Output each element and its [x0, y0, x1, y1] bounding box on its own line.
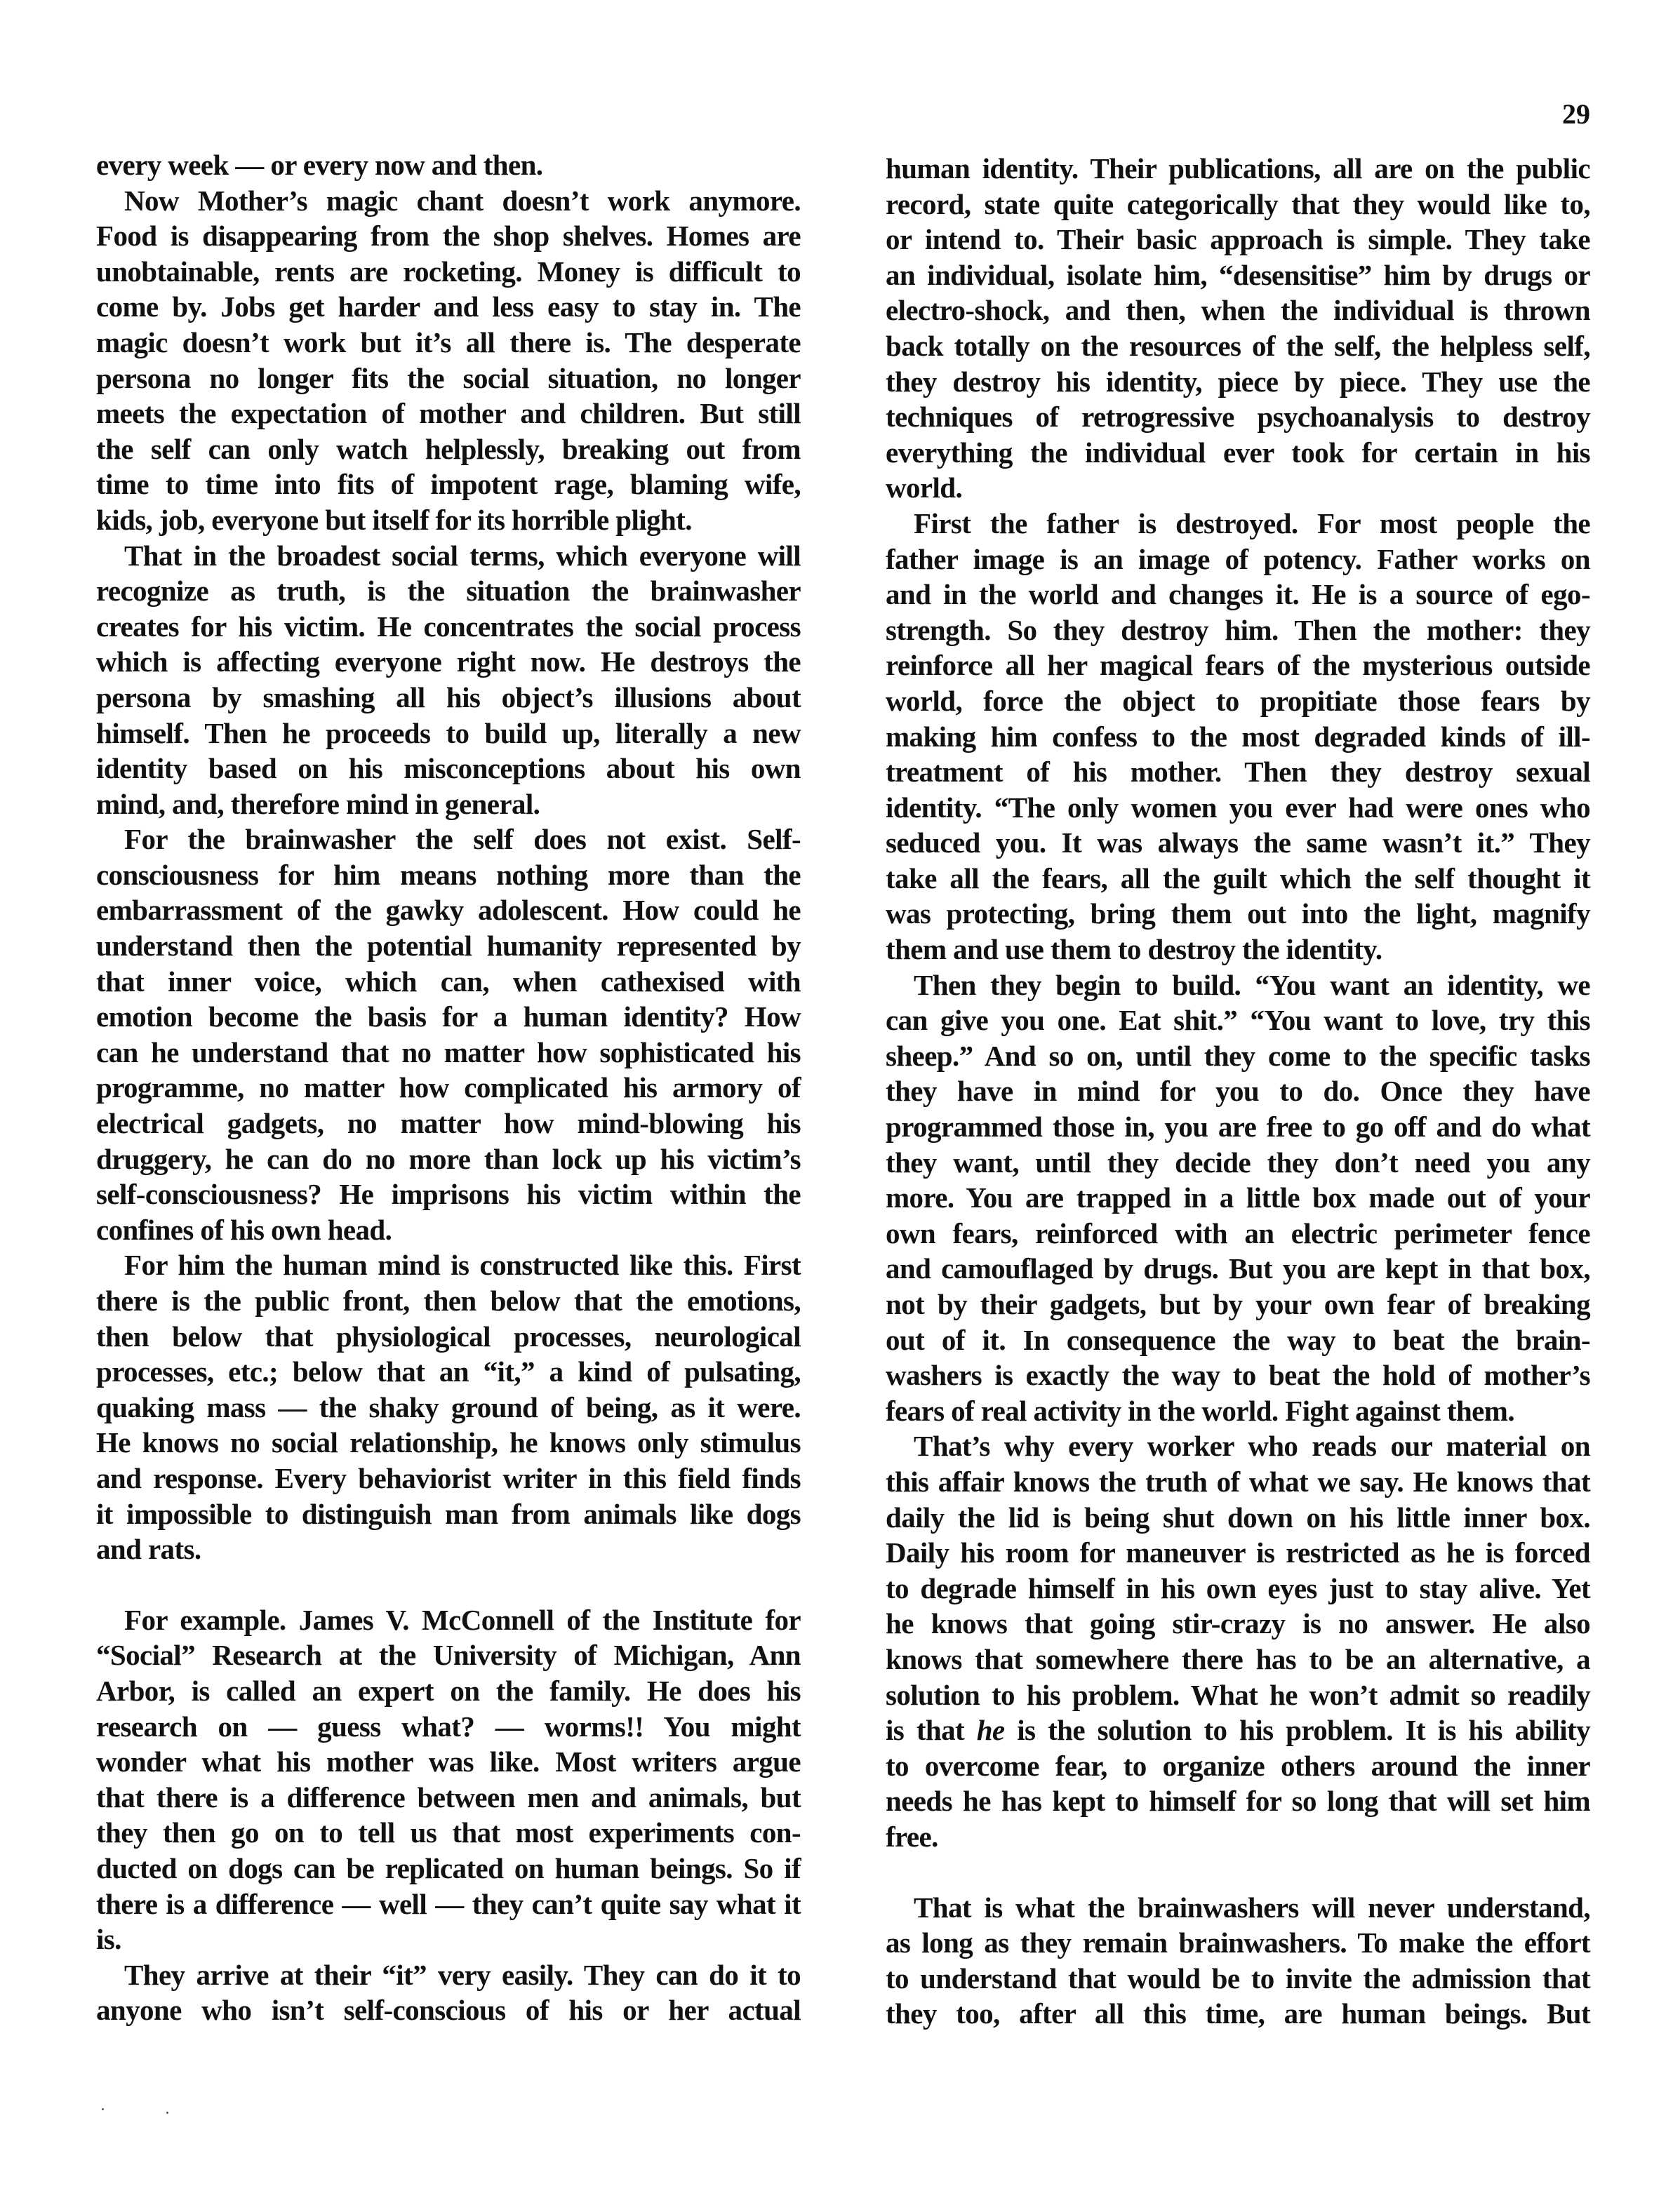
page-number: 29	[1541, 97, 1590, 132]
left-column: every week — or every now and then.Now M…	[96, 147, 801, 2028]
text-line: research on — guess what? — worms!! You …	[96, 1709, 801, 1745]
text-line: electrical gadgets, no matter how mind-b…	[96, 1106, 801, 1141]
text-line: it impossible to distinguish man from an…	[96, 1496, 801, 1532]
scan-speck	[166, 2112, 168, 2114]
text-line: self-consciousness? He imprisons his vic…	[96, 1177, 801, 1212]
text-line: every week — or every now and then.	[96, 147, 801, 183]
text-line: out of it. In consequence the way to bea…	[886, 1322, 1590, 1358]
paragraph: Now Mother’s magic chant doesn’t work an…	[96, 183, 801, 538]
text-line: electro-shock, and then, when the indivi…	[886, 293, 1590, 328]
text-line: First the father is destroyed. For most …	[886, 506, 1590, 542]
text-line: programme, no matter how complicated his…	[96, 1070, 801, 1106]
text-line: they destroy his identity, piece by piec…	[886, 364, 1590, 400]
text-line: That is what the brainwashers will never…	[886, 1890, 1590, 1926]
paragraph: Then they begin to build. “You want an i…	[886, 967, 1590, 1429]
text-line: That in the broadest social terms, which…	[96, 538, 801, 574]
text-line: take all the fears, all the guilt which …	[886, 861, 1590, 897]
text-line: meets the expectation of mother and chil…	[96, 396, 801, 431]
text-line: For the brainwasher the self does not ex…	[96, 822, 801, 857]
text-line: this affair knows the truth of what we s…	[886, 1464, 1590, 1500]
text-run: is that	[886, 1714, 977, 1746]
text-line: an individual, isolate him, “desensitise…	[886, 257, 1590, 293]
paragraph: That’s why every worker who reads our ma…	[886, 1428, 1590, 1854]
text-line: them and use them to destroy the identit…	[886, 932, 1590, 967]
text-line: Now Mother’s magic chant doesn’t work an…	[96, 183, 801, 219]
text-line: confines of his own head.	[96, 1212, 801, 1248]
text-line: techniques of retrogressive psychoanalys…	[886, 399, 1590, 435]
paragraph: For the brainwasher the self does not ex…	[96, 822, 801, 1247]
text-line: record, state quite categorically that t…	[886, 187, 1590, 222]
text-line: and camouflaged by drugs. But you are ke…	[886, 1251, 1590, 1287]
paragraph: human identity. Their publications, all …	[886, 151, 1590, 506]
text-line: embarrassment of the gawky adolescent. H…	[96, 892, 801, 928]
text-line: to overcome fear, to organize others aro…	[886, 1748, 1590, 1784]
text-line: that inner voice, which can, when cathex…	[96, 964, 801, 1000]
text-line: fears of real activity in the world. Fig…	[886, 1393, 1590, 1429]
text-line: everything the individual ever took for …	[886, 435, 1590, 471]
text-line: free.	[886, 1819, 1590, 1855]
text-line: is that he is the solution to his proble…	[886, 1712, 1590, 1748]
text-line: quaking mass — the shaky ground of being…	[96, 1390, 801, 1426]
text-line: world, force the object to propitiate th…	[886, 683, 1590, 719]
text-line: kids, job, everyone but itself for its h…	[96, 502, 801, 538]
text-line: sheep.” And so on, until they come to th…	[886, 1038, 1590, 1074]
text-line: ducted on dogs can be replicated on huma…	[96, 1851, 801, 1886]
text-line: unobtainable, rents are rocketing. Money…	[96, 254, 801, 290]
text-line: Arbor, is called an expert on the family…	[96, 1673, 801, 1709]
paragraph: First the father is destroyed. For most …	[886, 506, 1590, 967]
text-line: they want, until they decide they don’t …	[886, 1145, 1590, 1181]
text-line: himself. Then he proceeds to build up, l…	[96, 716, 801, 751]
text-line: persona by smashing all his object’s ill…	[96, 680, 801, 716]
text-line: that there is a difference between men a…	[96, 1780, 801, 1816]
text-line: For example. James V. McConnell of the I…	[96, 1602, 801, 1638]
text-run: is the solution to his problem. It is hi…	[1005, 1714, 1590, 1746]
text-line: knows that somewhere there has to be an …	[886, 1642, 1590, 1677]
text-line: recognize as truth, is the situation the…	[96, 573, 801, 609]
right-column: human identity. Their publications, all …	[886, 151, 1590, 2032]
text-line: back totally on the resources of the sel…	[886, 328, 1590, 364]
text-line: to degrade himself in his own eyes just …	[886, 1571, 1590, 1607]
text-line: Then they begin to build. “You want an i…	[886, 967, 1590, 1003]
text-line: daily the lid is being shut down on his …	[886, 1500, 1590, 1536]
text-line: not by their gadgets, but by your own fe…	[886, 1287, 1590, 1322]
text-line: Daily his room for maneuver is restricte…	[886, 1535, 1590, 1571]
text-line: programmed those in, you are free to go …	[886, 1109, 1590, 1145]
text-line: world.	[886, 470, 1590, 506]
text-line: which is affecting everyone right now. H…	[96, 644, 801, 680]
text-line: solution to his problem. What he won’t a…	[886, 1677, 1590, 1713]
paragraph: For example. James V. McConnell of the I…	[96, 1602, 801, 1957]
paragraph: every week — or every now and then.	[96, 147, 801, 183]
text-line: own fears, reinforced with an electric p…	[886, 1216, 1590, 1252]
paragraph: They arrive at their “it” very easily. T…	[96, 1957, 801, 2028]
text-line: time to time into fits of impotent rage,…	[96, 467, 801, 502]
text-line: identity based on his misconceptions abo…	[96, 751, 801, 786]
text-line: as long as they remain brainwashers. To …	[886, 1925, 1590, 1961]
text-line: reinforce all her magical fears of the m…	[886, 648, 1590, 683]
text-line: to understand that would be to invite th…	[886, 1961, 1590, 1997]
text-line: he knows that going stir-crazy is no ans…	[886, 1606, 1590, 1642]
text-line: or intend to. Their basic approach is si…	[886, 222, 1590, 257]
text-line: the self can only watch helplessly, brea…	[96, 431, 801, 467]
text-line: making him confess to the most degraded …	[886, 719, 1590, 755]
text-line: Food is disappearing from the shop shelv…	[96, 218, 801, 254]
text-line: seduced you. It was always the same wasn…	[886, 825, 1590, 861]
text-line: there is the public front, then below th…	[96, 1283, 801, 1319]
paragraph: For him the human mind is constructed li…	[96, 1247, 801, 1567]
text-line: can he understand that no matter how sop…	[96, 1035, 801, 1071]
text-line: needs he has kept to himself for so long…	[886, 1783, 1590, 1819]
text-line: and rats.	[96, 1531, 801, 1567]
text-line: they then go on to tell us that most exp…	[96, 1815, 801, 1851]
text-line: is.	[96, 1922, 801, 1957]
text-line: and response. Every behaviorist writer i…	[96, 1461, 801, 1496]
text-line: understand then the potential humanity r…	[96, 928, 801, 964]
text-line: “Social” Research at the University of M…	[96, 1637, 801, 1673]
scan-speck	[102, 2108, 104, 2110]
text-line: He knows no social relationship, he know…	[96, 1425, 801, 1461]
text-line: was protecting, bring them out into the …	[886, 896, 1590, 932]
text-line: then below that physiological processes,…	[96, 1319, 801, 1355]
text-line: creates for his victim. He concentrates …	[96, 609, 801, 645]
text-line: strength. So they destroy him. Then the …	[886, 612, 1590, 648]
text-line: they have in mind for you to do. Once th…	[886, 1073, 1590, 1109]
text-line: For him the human mind is constructed li…	[96, 1247, 801, 1283]
text-line: human identity. Their publications, all …	[886, 151, 1590, 187]
text-line: druggery, he can do no more than lock up…	[96, 1141, 801, 1177]
text-line: anyone who isn’t self-conscious of his o…	[96, 1992, 801, 2028]
text-line: washers is exactly the way to beat the h…	[886, 1358, 1590, 1393]
italic-emphasis: he	[977, 1714, 1005, 1746]
text-line: there is a difference — well — they can’…	[96, 1886, 801, 1922]
text-line: and in the world and changes it. He is a…	[886, 577, 1590, 612]
paragraph: That is what the brainwashers will never…	[886, 1890, 1590, 2032]
paragraph: That in the broadest social terms, which…	[96, 538, 801, 822]
text-line: father image is an image of potency. Fat…	[886, 542, 1590, 577]
text-line: consciousness for him means nothing more…	[96, 857, 801, 893]
text-line: emotion become the basis for a human ide…	[96, 999, 801, 1035]
text-line: treatment of his mother. Then they destr…	[886, 754, 1590, 790]
text-line: processes, etc.; below that an “it,” a k…	[96, 1354, 801, 1390]
text-line: wonder what his mother was like. Most wr…	[96, 1744, 801, 1780]
text-line: can give you one. Eat shit.” “You want t…	[886, 1003, 1590, 1038]
text-line: come by. Jobs get harder and less easy t…	[96, 289, 801, 325]
text-line: That’s why every worker who reads our ma…	[886, 1428, 1590, 1464]
text-line: more. You are trapped in a little box ma…	[886, 1180, 1590, 1216]
text-line: They arrive at their “it” very easily. T…	[96, 1957, 801, 1993]
text-line: they too, after all this time, are human…	[886, 1996, 1590, 2032]
text-line: identity. “The only women you ever had w…	[886, 790, 1590, 826]
text-line: magic doesn’t work but it’s all there is…	[96, 325, 801, 361]
text-line: persona no longer fits the social situat…	[96, 361, 801, 396]
text-line: mind, and, therefore mind in general.	[96, 786, 801, 822]
